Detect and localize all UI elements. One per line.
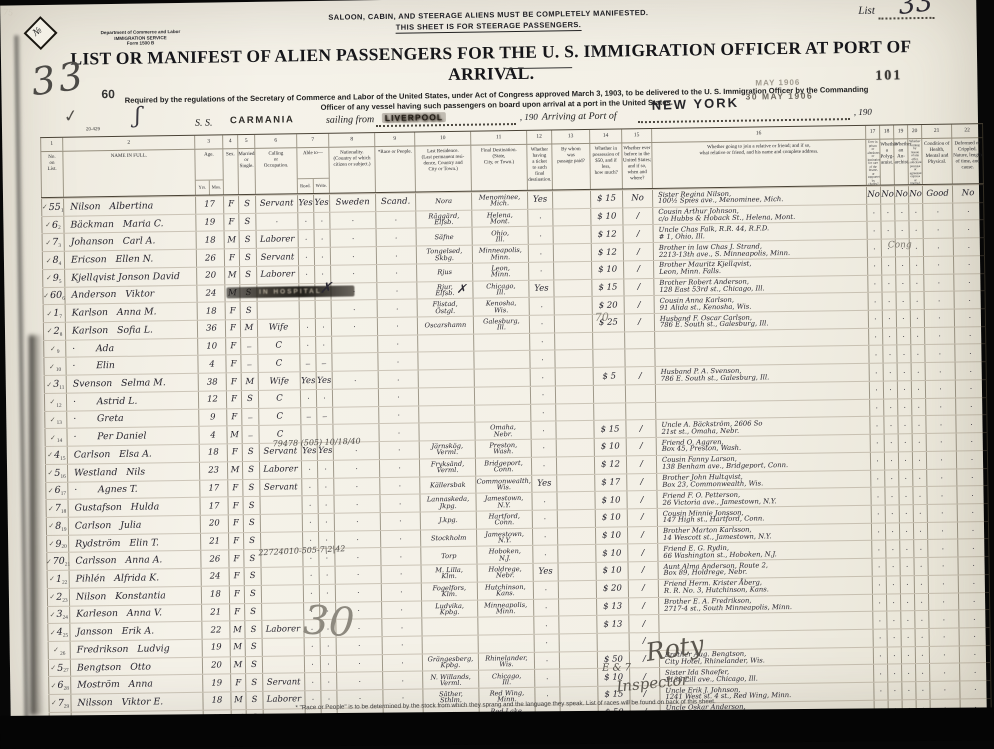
cell-age: 26 [196, 250, 224, 267]
cell-p2: · [899, 541, 913, 558]
cell-wr [315, 301, 331, 318]
cell-wr: · [317, 461, 333, 478]
cell-p3: · [912, 434, 926, 451]
cell-name: Nilson Konstantia [69, 587, 201, 606]
cell-tkt: · [532, 510, 557, 527]
sequence-number: 27 [63, 668, 68, 674]
cell-nat: · [334, 513, 380, 530]
cell-p2: · [895, 275, 909, 292]
cell-no: ✓62 [41, 216, 63, 233]
sequence-number: 22 [62, 580, 67, 586]
cell-race: · [376, 229, 416, 246]
cell-nat: · [331, 318, 377, 335]
col-label-18: Whether a Polyg- amist. [879, 139, 894, 184]
col-label-21: Condition of Health, Mental and Physical… [921, 139, 952, 184]
cell-p1: · [887, 665, 901, 682]
sequence-number: 5 [59, 278, 62, 284]
cell-p3: · [911, 416, 925, 433]
cell-st: S [242, 497, 259, 514]
cell-rd: · [301, 479, 317, 496]
cell-p3: · [914, 576, 928, 593]
cell-p3: · [912, 452, 926, 469]
cell-age: 9 [198, 409, 226, 426]
cell-no: ✓28 [43, 323, 65, 340]
cell-no: ✓122 [47, 571, 69, 588]
cell-dest: Ohio, Ill. [472, 227, 528, 245]
cell-p1: · [885, 505, 899, 522]
cell-p2: · [898, 434, 912, 451]
cell-p1: · [883, 417, 897, 434]
pencil-checkmark: ✓ [62, 106, 79, 128]
cell-p0: · [867, 275, 881, 292]
cell-name: Bengtson Otto [70, 657, 202, 676]
cell-call: Wife [258, 372, 300, 389]
cell-race: · [376, 264, 416, 281]
col-number-12: 12 [526, 131, 551, 144]
cell-paid [558, 616, 596, 633]
cell-def: · [957, 557, 989, 574]
pencil-check: ✓ [47, 327, 53, 335]
cell-no: ✓223 [47, 589, 69, 606]
cell-def: · [955, 362, 987, 379]
cell-health: · [924, 292, 954, 309]
col-number-18: 18 [879, 125, 893, 138]
cell-paid [558, 598, 596, 615]
col-number-7: 7 [296, 134, 328, 147]
cell-p0: · [869, 399, 883, 416]
cell-tkt: · [527, 209, 552, 226]
cell-bef: ∕ [625, 367, 655, 384]
cell-wr: · [315, 337, 331, 354]
cell-def: · [956, 433, 988, 450]
cell-p2: · [896, 310, 910, 327]
cell-nat: · [336, 672, 382, 689]
cell-st: S [238, 214, 255, 231]
cell-def: · [955, 398, 987, 415]
cell-dest: Chicago, Ill. [478, 670, 534, 688]
list-number: 55 [49, 202, 61, 213]
pencil-check: ✓ [49, 363, 55, 371]
cell-no: ✓9 [43, 340, 65, 357]
cell-rd: · [297, 213, 313, 230]
cell-no: ✓425 [47, 624, 69, 641]
cell-def: · [955, 380, 987, 397]
x-mark-2: ✗ [456, 282, 466, 296]
pencil-check: ✓ [46, 256, 52, 264]
cell-tkt: · [531, 493, 556, 510]
cell-sex: M [229, 621, 244, 638]
cell-sex: F [230, 675, 245, 692]
cell-amt [593, 403, 625, 420]
pencil-check: ✓ [49, 575, 55, 583]
cell-p2: · [895, 257, 909, 274]
cell-health: · [922, 221, 952, 238]
cell-nat [331, 354, 377, 371]
cell-amt: $ 10 [594, 492, 626, 509]
cell-race: · [378, 424, 418, 441]
cell-p0: · [868, 293, 882, 310]
cell-nat: · [335, 566, 381, 583]
sequence-number: 29 [64, 704, 69, 710]
sequence-number: 17 [61, 491, 66, 497]
cell-rd: · [301, 496, 317, 513]
cell-def: · [953, 238, 985, 255]
cell-p3: · [910, 292, 924, 309]
signature-mark: E & 7 [602, 662, 631, 673]
cell-bef: ∕ [628, 598, 658, 615]
cell-wr: – [315, 354, 331, 371]
cell-amt: $ 13 [596, 598, 628, 615]
cell-tkt: · [531, 457, 556, 474]
cell-p0: · [873, 630, 887, 647]
cell-age: 26 [200, 551, 228, 568]
cell-rd [299, 301, 315, 318]
cell-no: ✓95 [42, 270, 64, 287]
cell-name: Gustafson Hulda [68, 498, 200, 517]
arrival-label: Arriving at Port of [542, 111, 617, 123]
col-number-10: 10 [414, 132, 470, 146]
cell-bef: ∕ [626, 438, 656, 455]
pencil-check: ✓ [47, 469, 53, 477]
cell-def: · [954, 291, 986, 308]
cell-wr: · [320, 673, 336, 690]
cell-sex: F [224, 249, 239, 266]
cell-name: Carlsson Anna A. [68, 551, 200, 570]
cell-race: · [375, 211, 415, 228]
cell-dest: Hutchinson, Kans. [477, 582, 533, 600]
cell-tkt: · [530, 386, 555, 403]
cell-race: · [379, 459, 419, 476]
cell-dest: Hoboken, N.J. [476, 546, 532, 564]
pencil-check: ✓ [50, 664, 56, 672]
sailing-port-stamp: LIVERPOOL [382, 112, 446, 123]
cell-def: · [958, 593, 990, 610]
cell-st: S [243, 533, 260, 550]
cell-def: No [952, 185, 984, 202]
cell-health: · [924, 345, 954, 362]
cell-p2: · [898, 487, 912, 504]
cell-age: 24 [201, 568, 229, 585]
cell-bef: ∕ [625, 420, 655, 437]
cell-race: · [377, 353, 417, 370]
pencil-check: ✓ [46, 558, 52, 566]
cell-bef: ∕ [627, 509, 657, 526]
cell-bef: ∕ [626, 491, 656, 508]
pencil-check: ✓ [45, 221, 51, 229]
sequence-number: 14 [57, 438, 62, 444]
pencil-check: ✓ [48, 522, 54, 530]
cell-health: · [927, 504, 957, 521]
cell-sex: F [227, 480, 242, 497]
cell-rd: Yes [297, 195, 313, 212]
cell-p1: · [880, 204, 894, 221]
cell-sex: F [229, 586, 244, 603]
cell-rd: · [301, 461, 317, 478]
cell-nat: · [333, 460, 379, 477]
cell-dest: Leon, Minn. [472, 263, 528, 281]
cell-st: S [244, 568, 261, 585]
sheet-pencil-number: 33 [29, 53, 89, 104]
cell-tkt: · [531, 440, 556, 457]
cell-p2: · [896, 328, 910, 345]
cell-p3: No [908, 186, 922, 203]
cell-st: S [245, 657, 262, 674]
cell-p3: · [909, 257, 923, 274]
cell-sex: F [223, 214, 238, 231]
cell-name: · Elin [65, 356, 197, 375]
cell-st: S [239, 267, 256, 284]
pencil-tally-60: 60 [101, 87, 115, 101]
cell-health: · [925, 416, 955, 433]
cell-tkt: · [528, 245, 553, 262]
cell-nat [332, 389, 378, 406]
col-label-5: Married or Single. [237, 149, 255, 194]
cell-name: Pihlén Alfrida K. [69, 569, 201, 588]
cell-p2: No [894, 186, 908, 203]
cell-age: 22 [201, 622, 229, 639]
cell-p3: · [910, 345, 924, 362]
cell-race: · [376, 282, 416, 299]
pencil-amount-70: 70 [595, 311, 609, 324]
col-label-11: Final Destination. (State, City, or Town… [470, 145, 527, 191]
cell-amt: $ 12 [591, 244, 623, 261]
cell-p2: · [897, 381, 911, 398]
cell-health: · [923, 256, 953, 273]
cell-age: 17 [199, 498, 227, 515]
cell-bef: ∕ [627, 544, 657, 561]
cell-name: Svenson Selma M. [66, 374, 198, 393]
col-label-22: Deformed or Crippled. Nature, length of … [951, 138, 984, 183]
cell-wr: Yes [316, 372, 332, 389]
cell-amt: $ 10 [595, 527, 627, 544]
cell-nat: · [332, 371, 378, 388]
cell-nat: · [330, 265, 376, 282]
cell-p3: · [911, 399, 925, 416]
col-number-11: 11 [470, 131, 526, 145]
cell-p1: · [884, 488, 898, 505]
cell-p2: · [900, 576, 914, 593]
cell-p3: · [908, 221, 922, 238]
col-label-4: Sex. [222, 149, 238, 194]
sequence-number: 23 [62, 597, 67, 603]
agency-block: Department of Commerce and Labor IMMIGRA… [101, 29, 181, 47]
cell-age: 38 [198, 374, 226, 391]
cell-p3: · [915, 664, 929, 681]
col-number-22: 22 [951, 124, 983, 137]
cell-res: Källersbak [419, 476, 475, 494]
cell-no: ✓628 [48, 677, 70, 694]
col-label-7: Able to—Read.Write. [296, 148, 329, 193]
cell-p2: · [899, 505, 913, 522]
cell-def: · [953, 256, 985, 273]
cell-race: · [381, 619, 421, 636]
cell-res: Grängesberg, Kpbg. [422, 653, 478, 671]
cell-tkt: · [530, 422, 555, 439]
cell-res [418, 388, 474, 406]
cell-no: ✓718 [46, 500, 68, 517]
cell-dest: Kenosha, Wis. [473, 298, 529, 316]
col-number-5: 5 [237, 135, 254, 148]
cell-res: Oscarshamn [417, 317, 473, 335]
cell-name: Kjellqvist Jonson David [64, 268, 196, 287]
cell-tkt: · [529, 298, 554, 315]
cell-no: ✓12 [44, 394, 66, 411]
cell-dest: Preston, Wash. [475, 440, 531, 458]
cell-sex: M [227, 462, 242, 479]
cell-p1: · [883, 399, 897, 416]
cell-call: Wife [257, 319, 299, 336]
cell-health: · [928, 575, 958, 592]
col-number-17: 17 [865, 126, 879, 139]
cell-def: · [957, 539, 989, 556]
cell-dest: Jamestown, N.Y. [476, 528, 532, 546]
cell-p3: · [908, 204, 922, 221]
cell-sex: F [225, 338, 240, 355]
cell-p3: · [913, 505, 927, 522]
cell-amt: $ 20 [596, 580, 628, 597]
cell-res [417, 352, 473, 370]
cell-paid [558, 563, 596, 580]
cell-bef: ∕ [623, 225, 653, 242]
sequence-number: 18 [61, 509, 66, 515]
cell-p3: · [913, 558, 927, 575]
cell-p0: · [873, 647, 887, 664]
pencil-check: ✓ [43, 292, 49, 300]
pencil-check: ✓ [48, 540, 54, 548]
cell-health: · [927, 522, 957, 539]
cell-name: Ericson Ellen N. [64, 250, 196, 269]
hospital-stamp: IN HOSPITAL [226, 285, 354, 298]
cell-age: 4 [198, 427, 226, 444]
cell-st: S [242, 479, 259, 496]
cell-race: · [379, 442, 419, 459]
cell-amt: $ 12 [594, 456, 626, 473]
cell-p3: · [912, 469, 926, 486]
cell-race: · [382, 654, 422, 671]
cell-rd: · [298, 266, 314, 283]
cell-st: S [244, 621, 261, 638]
pencil-check: ✓ [46, 380, 52, 388]
cell-rd: · [298, 248, 314, 265]
cell-p0: · [866, 204, 880, 221]
new-york-stamp: NEW YORK [651, 95, 739, 113]
ship-name: CARMANIA [230, 114, 295, 126]
cell-rd: · [303, 567, 319, 584]
cell-no: ✓13 [44, 411, 66, 428]
cell-p0: No [866, 187, 880, 204]
cell-p3: · [912, 487, 926, 504]
cell-p1: · [884, 434, 898, 451]
cell-age: 12 [198, 391, 226, 408]
cell-health: · [928, 593, 958, 610]
cell-tkt: · [534, 652, 559, 669]
form-code: 20-429 [86, 126, 100, 131]
cell-res: Järnskög, Verml. [419, 441, 475, 459]
cell-p2: · [896, 293, 910, 310]
cell-paid [559, 634, 597, 651]
cell-paid [554, 333, 592, 350]
cell-nat: · [333, 495, 379, 512]
cell-health: · [927, 540, 957, 557]
col-number-20: 20 [907, 125, 921, 138]
pencil-passenger-count: 30 [302, 597, 355, 646]
cell-sex: M [224, 267, 239, 284]
cell-paid [553, 280, 591, 297]
cell-amt: $ 5 [593, 368, 625, 385]
cell-tkt: · [534, 634, 559, 651]
cell-amt: $ 15 [593, 421, 625, 438]
cell-bef: ∕ [627, 527, 657, 544]
pencil-check: ✓ [46, 274, 52, 282]
col-number-9: 9 [374, 133, 414, 147]
cell-bef: ∕ [623, 279, 653, 296]
cell-name: Anderson Viktor [64, 285, 196, 304]
cell-age: 20 [200, 515, 228, 532]
cell-def: · [958, 610, 990, 627]
cell-name: Karlson Anna M. [65, 303, 197, 322]
cell-health: · [926, 434, 956, 451]
cell-tkt: · [530, 369, 555, 386]
cell-bef [624, 349, 654, 366]
cell-call: Servant [259, 479, 301, 496]
cell-no: ✓819 [46, 518, 68, 535]
cell-dest [473, 334, 529, 352]
cell-p3: · [911, 381, 925, 398]
cell-p0: · [866, 222, 880, 239]
sequence-number: 16 [60, 473, 65, 479]
cell-dest: Chicago, Ill. [472, 280, 528, 298]
col-label-13: By whom was passage paid? [551, 144, 590, 190]
cell-race: · [380, 548, 420, 565]
cell-res: M. Lilla, Klm. [421, 565, 477, 583]
cell-call [262, 656, 304, 673]
cell-dest: Jamestown, N.Y. [475, 493, 531, 511]
cell-def: · [957, 504, 989, 521]
cell-call: C [258, 390, 300, 407]
cell-name: Karleson Anna V. [69, 604, 201, 623]
cell-health: · [922, 203, 952, 220]
number-101-stamp: 101 [875, 68, 902, 84]
cell-wr: · [314, 230, 330, 247]
cell-tkt: · [528, 227, 553, 244]
cell-race: · [378, 406, 418, 423]
manifest-sheet: SALOON, CABIN, AND STEERAGE ALIENS MUST … [0, 0, 987, 724]
cell-res [418, 423, 474, 441]
cell-health: · [929, 664, 959, 681]
cell-st: – [240, 338, 257, 355]
cell-p0: · [871, 506, 885, 523]
cell-res: Ludvika, Kpbg. [421, 600, 477, 618]
cell-def: · [954, 345, 986, 362]
pencil-check: ✓ [48, 487, 54, 495]
cell-def: · [952, 203, 984, 220]
cell-p2: · [898, 470, 912, 487]
cell-nat: · [329, 212, 375, 229]
cell-rd: · [299, 319, 315, 336]
col-number-19: 19 [893, 125, 907, 138]
cell-bef: ∕ [623, 243, 653, 260]
cell-p1: · [887, 629, 901, 646]
cell-amt [593, 385, 625, 402]
col-label-1: No. on List. [40, 152, 63, 197]
cell-rd: · [304, 673, 320, 690]
col-number-4: 4 [222, 135, 237, 148]
cell-health: · [924, 327, 954, 344]
cell-paid [557, 528, 595, 545]
col-number-13: 13 [551, 130, 589, 144]
cell-p0: · [868, 328, 882, 345]
cell-p1: · [882, 293, 896, 310]
